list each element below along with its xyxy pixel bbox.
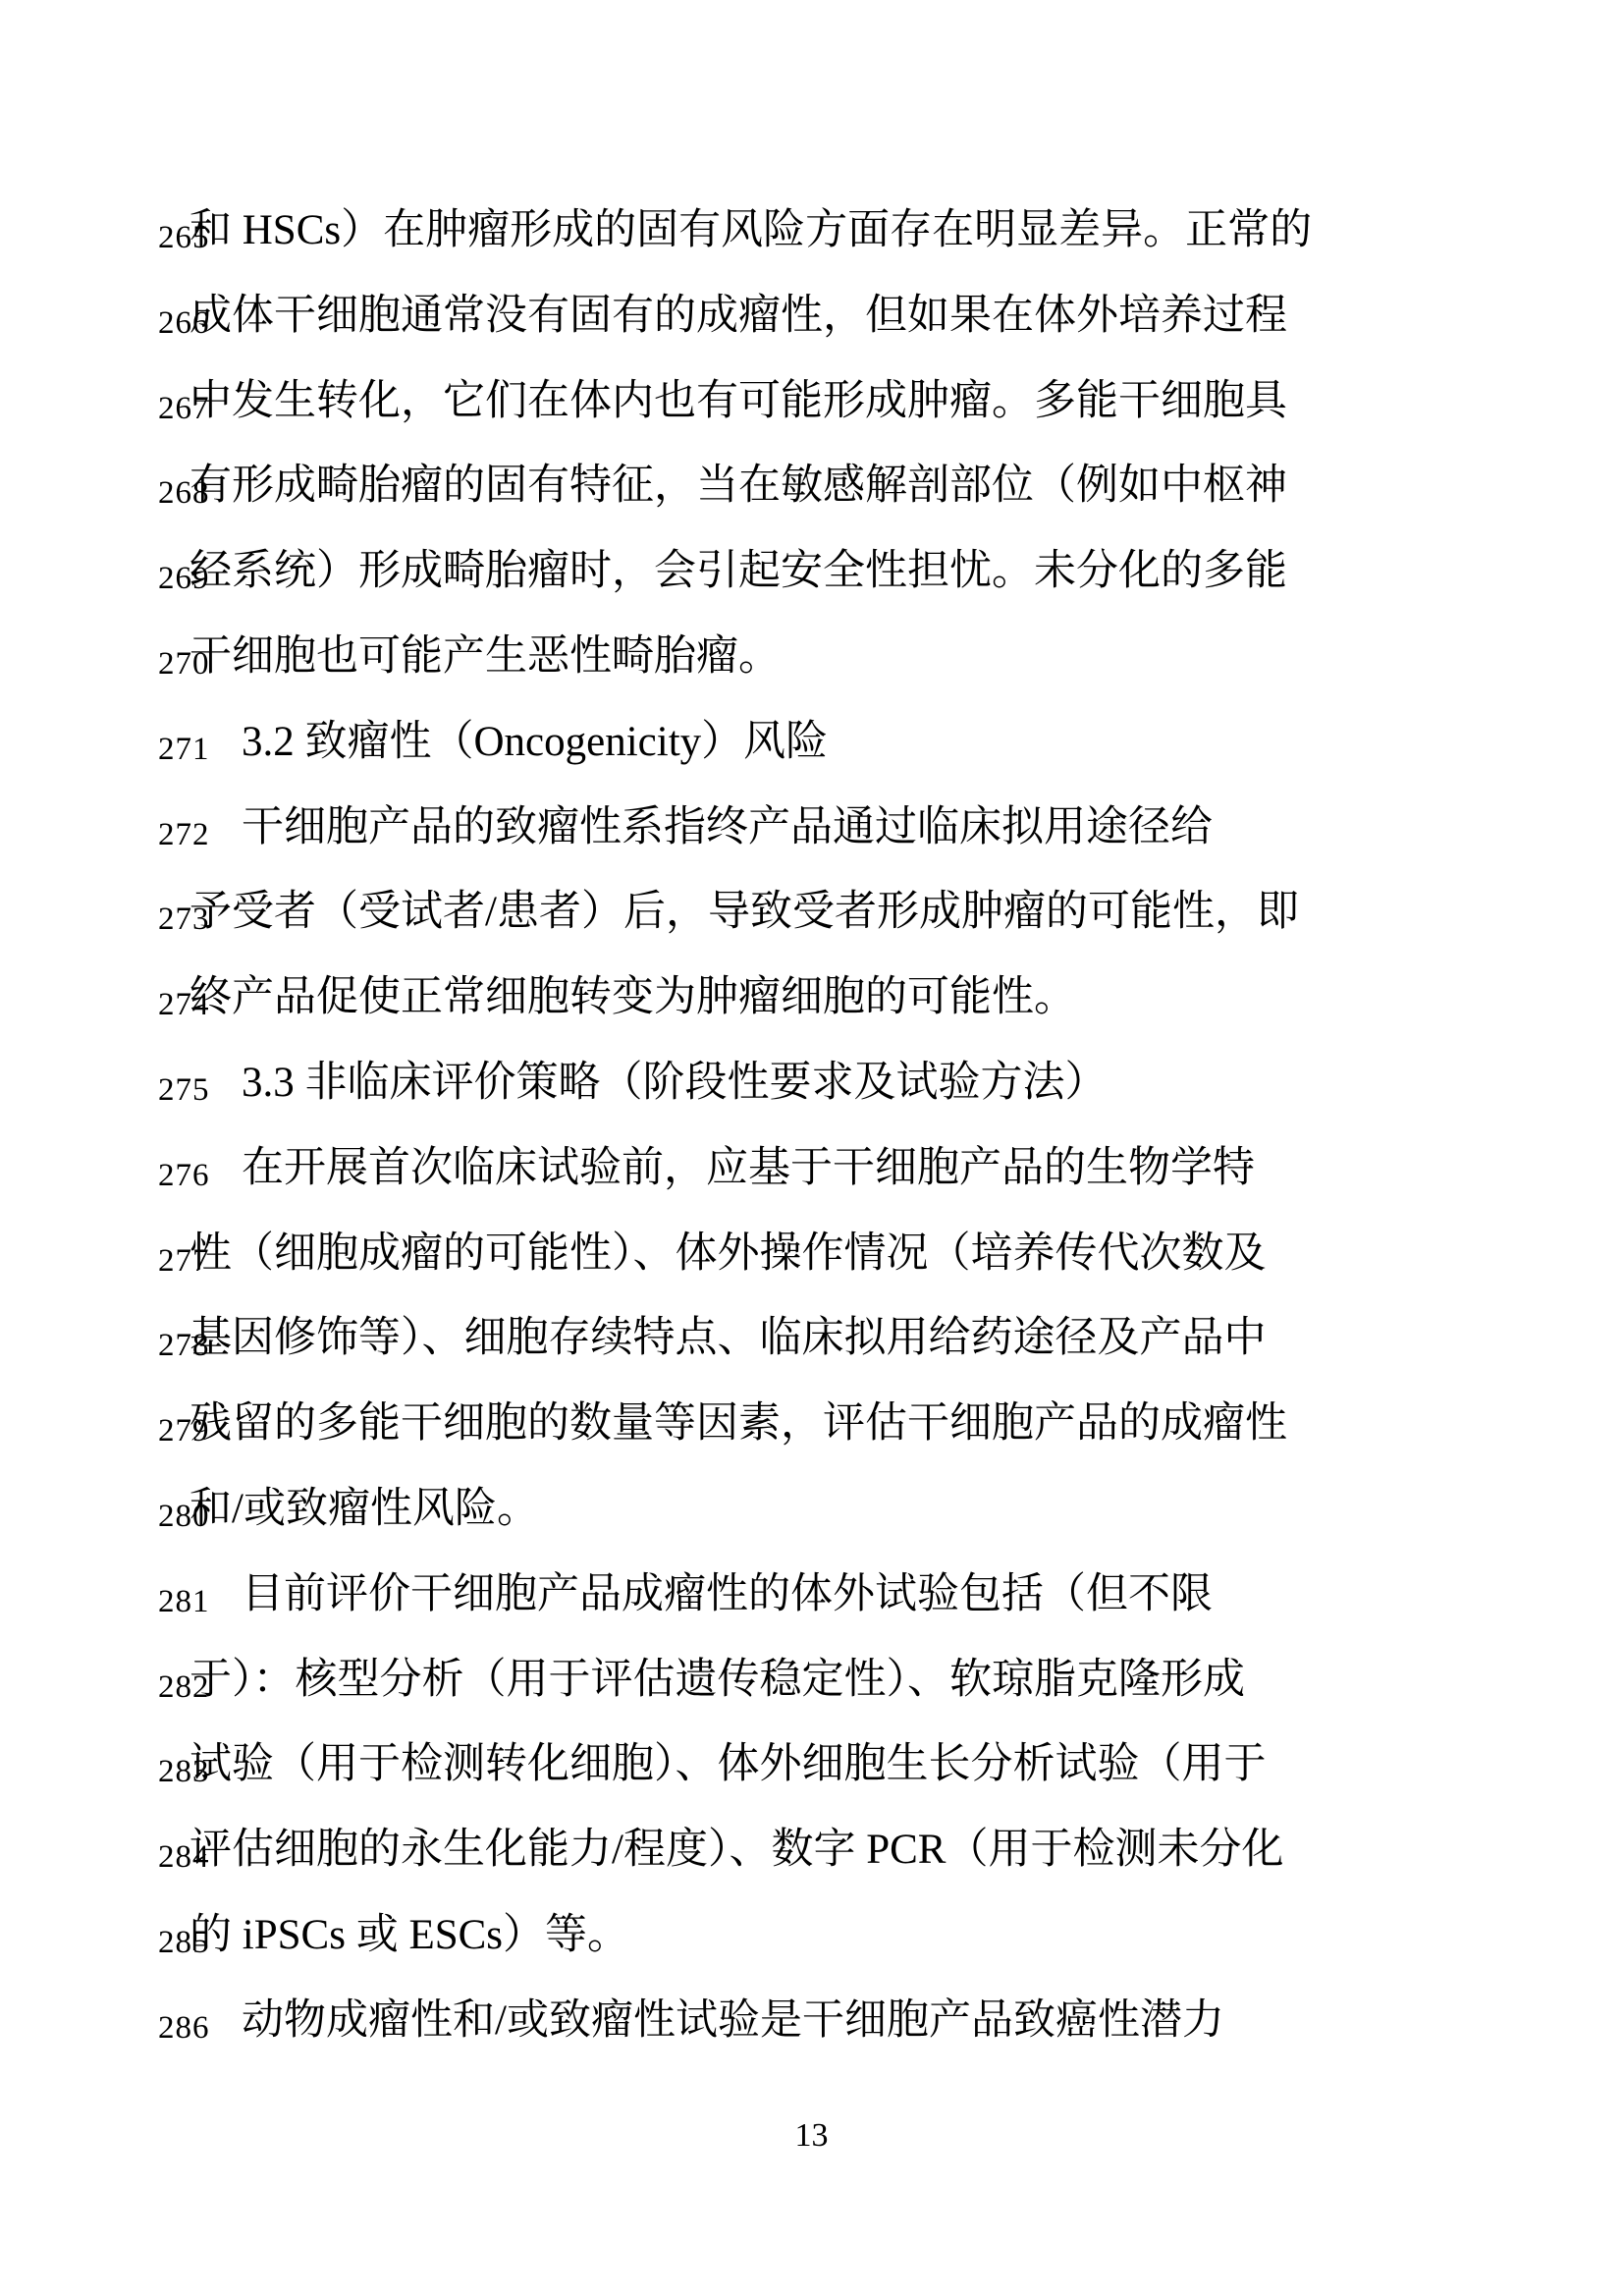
line-text: 基因修饰等）、细胞存续特点、临床拟用给药途径及产品中: [189, 1316, 1267, 1360]
text-line: 267中发生转化，它们在体内也有可能形成肿瘤。多能干细胞具: [0, 379, 1623, 448]
text-line: 286动物成瘤性和/或致瘤性试验是干细胞产品致癌性潜力: [0, 1998, 1623, 2067]
text-line: 274终产品促使正常细胞转变为肿瘤细胞的可能性。: [0, 975, 1623, 1044]
text-line: 266成体干细胞通常没有固有的成瘤性，但如果在体外培养过程: [0, 294, 1623, 362]
line-text: 3.3 非临床评价策略（阶段性要求及试验方法）: [242, 1061, 1108, 1105]
line-number: 286: [158, 2012, 210, 2045]
text-line: 281目前评价干细胞产品成瘤性的体外试验包括（但不限: [0, 1572, 1623, 1641]
page-number: 13: [0, 2119, 1623, 2153]
text-line: 282于）：核型分析（用于评估遗传稳定性）、软琼脂克隆形成: [0, 1658, 1623, 1726]
text-line: 276在开展首次临床试验前，应基于干细胞产品的生物学特: [0, 1146, 1623, 1215]
line-text: 干细胞也可能产生恶性畸胎瘤。: [189, 634, 781, 679]
line-text: 残留的多能干细胞的数量等因素，评估干细胞产品的成瘤性: [189, 1401, 1287, 1446]
text-line: 273予受者（受试者/患者）后，导致受者形成肿瘤的可能性，即: [0, 890, 1623, 958]
text-line: 283试验（用于检测转化细胞）、体外细胞生长分析试验（用于: [0, 1742, 1623, 1811]
line-text: 予受者（受试者/患者）后，导致受者形成肿瘤的可能性，即: [189, 890, 1299, 934]
text-line: 2753.3 非临床评价策略（阶段性要求及试验方法）: [0, 1061, 1623, 1129]
line-text: 和 HSCs）在肿瘤形成的固有风险方面存在明显差异。正常的: [189, 208, 1312, 252]
line-text: 于）：核型分析（用于评估遗传稳定性）、软琼脂克隆形成: [189, 1658, 1245, 1702]
line-text: 中发生转化，它们在体内也有可能形成肿瘤。多能干细胞具: [189, 379, 1287, 423]
line-text: 的 iPSCs 或 ESCs）等。: [189, 1913, 629, 1957]
line-text: 终产品促使正常细胞转变为肿瘤细胞的可能性。: [189, 975, 1076, 1019]
text-line: 268有形成畸胎瘤的固有特征，当在敏感解剖部位（例如中枢神: [0, 464, 1623, 532]
line-text: 在开展首次临床试验前，应基于干细胞产品的生物学特: [242, 1146, 1255, 1190]
text-line: 265和 HSCs）在肿瘤形成的固有风险方面存在明显差异。正常的: [0, 208, 1623, 277]
line-number: 276: [158, 1160, 210, 1192]
text-line: 280和/或致瘤性风险。: [0, 1487, 1623, 1556]
line-text: 试验（用于检测转化细胞）、体外细胞生长分析试验（用于: [189, 1742, 1267, 1786]
line-text: 目前评价干细胞产品成瘤性的体外试验包括（但不限: [242, 1572, 1213, 1616]
line-number: 272: [158, 819, 210, 851]
line-text: 3.2 致瘤性（Oncogenicity）风险: [242, 720, 828, 764]
text-line: 2713.2 致瘤性（Oncogenicity）风险: [0, 720, 1623, 789]
text-line: 277性（细胞成瘤的可能性）、体外操作情况（培养传代次数及: [0, 1231, 1623, 1300]
line-text: 动物成瘤性和/或致瘤性试验是干细胞产品致癌性潜力: [242, 1998, 1224, 2043]
document-page: 265和 HSCs）在肿瘤形成的固有风险方面存在明显差异。正常的266成体干细胞…: [0, 0, 1623, 2296]
line-number: 271: [158, 734, 210, 766]
text-line: 285的 iPSCs 或 ESCs）等。: [0, 1913, 1623, 1982]
line-text: 经系统）形成畸胎瘤时，会引起安全性担忧。未分化的多能: [189, 549, 1287, 593]
text-line: 270干细胞也可能产生恶性畸胎瘤。: [0, 634, 1623, 703]
line-text: 有形成畸胎瘤的固有特征，当在敏感解剖部位（例如中枢神: [189, 464, 1287, 508]
line-number: 275: [158, 1074, 210, 1107]
text-line: 272干细胞产品的致瘤性系指终产品通过临床拟用途径给: [0, 805, 1623, 874]
text-line: 284评估细胞的永生化能力/程度）、数字 PCR（用于检测未分化: [0, 1828, 1623, 1896]
line-number: 281: [158, 1586, 210, 1618]
line-text: 成体干细胞通常没有固有的成瘤性，但如果在体外培养过程: [189, 294, 1287, 338]
line-text: 干细胞产品的致瘤性系指终产品通过临床拟用途径给: [242, 805, 1213, 849]
text-line: 279残留的多能干细胞的数量等因素，评估干细胞产品的成瘤性: [0, 1401, 1623, 1470]
text-line: 278基因修饰等）、细胞存续特点、临床拟用给药途径及产品中: [0, 1316, 1623, 1385]
line-text: 性（细胞成瘤的可能性）、体外操作情况（培养传代次数及: [189, 1231, 1267, 1276]
line-text: 和/或致瘤性风险。: [189, 1487, 539, 1531]
line-text: 评估细胞的永生化能力/程度）、数字 PCR（用于检测未分化: [189, 1828, 1283, 1872]
text-line: 269经系统）形成畸胎瘤时，会引起安全性担忧。未分化的多能: [0, 549, 1623, 618]
